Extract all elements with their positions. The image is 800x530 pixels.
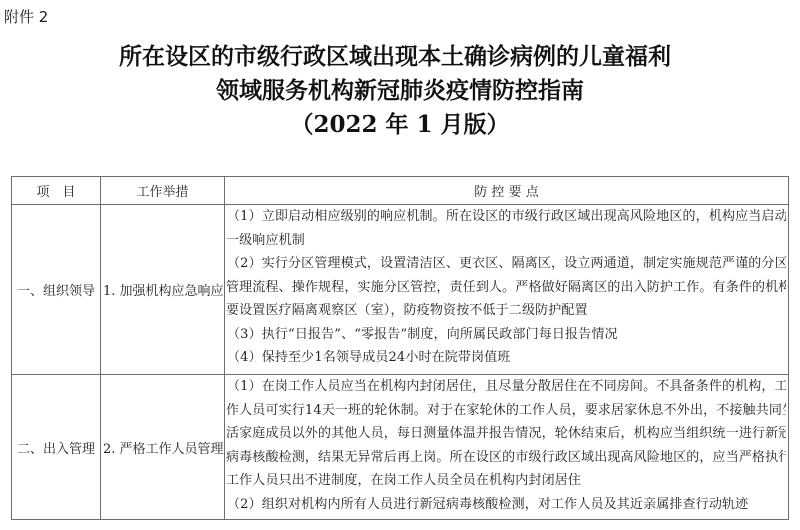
point-line: （2）组织对机构内所有人员进行新冠病毒核酸检测，对工作人员及其近亲属排查行动轨迹 [226, 493, 786, 517]
title-line-1: 所在设区的市级行政区域出现本土确诊病例的儿童福利 [0, 40, 800, 74]
table-row: 二、出入管理 2. 严格工作人员管理 （1）在岗工作人员应当在机构内封闭居住，且… [12, 375, 789, 520]
key-points-cell: （1）在岗工作人员应当在机构内封闭居住，且尽量分散居住在不同房间。不具备条件的机… [225, 375, 789, 520]
point-line: 作人员可实行14天一班的轮休制。对于在家轮休的工作人员，要求居家休息不外出，不接… [226, 399, 786, 423]
point-line: 一级响应机制 [226, 229, 786, 253]
point-line: （1）在岗工作人员应当在机构内封闭居住，且尽量分散居住在不同房间。不具备条件的机… [226, 375, 786, 399]
point-line: （3）执行“日报告”、“零报告”制度，向所属民政部门每日报告情况 [226, 323, 786, 347]
point-line: （2）实行分区管理模式，设置清洁区、更衣区、隔离区，设立两通道，制定实施规范严谨… [226, 252, 786, 276]
document-title: 所在设区的市级行政区域出现本土确诊病例的儿童福利 领域服务机构新冠肺炎疫情防控指… [0, 40, 800, 142]
title-edition: （2022 年 1 月版） [0, 108, 800, 142]
table-header-row: 项 目 工作举措 防 控 要 点 [12, 177, 789, 205]
key-points-cell: （1）立即启动相应级别的响应机制。所在设区的市级行政区域出现高风险地区的，机构应… [225, 205, 789, 375]
measure-cell: 2. 严格工作人员管理 [101, 375, 225, 520]
attachment-label: 附件 2 [4, 6, 48, 27]
table-row: 一、组织领导 1. 加强机构应急响应 （1）立即启动相应级别的响应机制。所在设区… [12, 205, 789, 375]
point-line: 活家庭成员以外的其他人员，每日测量体温并报告情况，轮休结束后，机构应当组织统一进… [226, 422, 786, 446]
measure-cell: 1. 加强机构应急响应 [101, 205, 225, 375]
point-line: 要设置医疗隔离观察区（室），防疫物资按不低于二级防护配置 [226, 299, 786, 323]
header-item: 项 目 [12, 177, 101, 205]
header-measure: 工作举措 [101, 177, 225, 205]
item-cell: 一、组织领导 [12, 205, 101, 375]
header-key-points: 防 控 要 点 [225, 177, 789, 205]
point-line: 管理流程、操作规程，实施分区管控，责任到人。严格做好隔离区的出入防护工作。有条件… [226, 276, 786, 300]
guide-table: 项 目 工作举措 防 控 要 点 一、组织领导 1. 加强机构应急响应 （1）立… [11, 176, 789, 520]
title-line-2: 领域服务机构新冠肺炎疫情防控指南 [0, 74, 800, 108]
point-line: （1）立即启动相应级别的响应机制。所在设区的市级行政区域出现高风险地区的，机构应… [226, 205, 786, 229]
point-line: 工作人员只出不进制度，在岗工作人员全员在机构内封闭居住 [226, 469, 786, 493]
item-cell: 二、出入管理 [12, 375, 101, 520]
point-line: 病毒核酸检测，结果无异常后再上岗。所在设区的市级行政区域出现高风险地区的，应当严… [226, 446, 786, 470]
point-line: （4）保持至少1名领导成员24小时在院带岗值班 [226, 346, 786, 370]
